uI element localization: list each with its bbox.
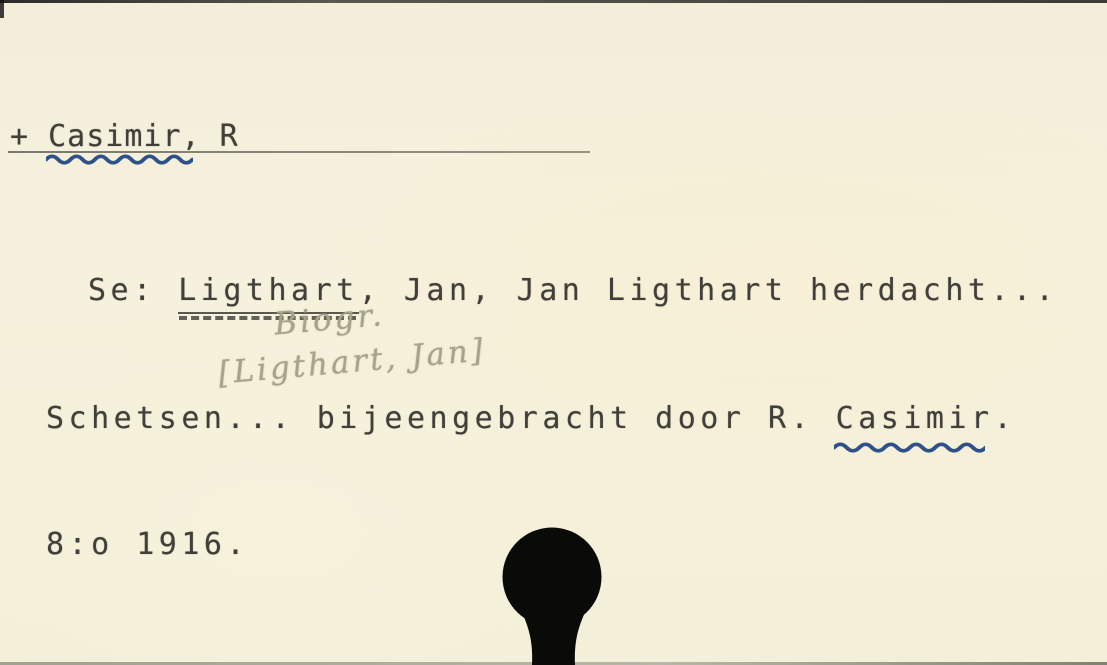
body-line-1: Se: Ligthart, Jan, Jan Ligthart herdacht… — [46, 270, 1058, 314]
catalog-card-scan: + Casimir, R Se: Ligthart, Jan, Jan Ligt… — [0, 0, 1107, 665]
body-line-2: Schetsen... bijeengebracht door R. Casim… — [46, 398, 1058, 440]
card-heading: + Casimir, R — [10, 119, 239, 154]
heading-rule — [8, 151, 590, 153]
keyhole-punch — [496, 524, 608, 665]
line2-wavy-name: Casimir — [836, 398, 994, 440]
heading-surname: Casimir, — [48, 119, 201, 154]
line1-pre: Se: — [88, 273, 178, 308]
heading-surname-text: Casimir, — [48, 119, 201, 154]
wavy-underline-mark — [46, 152, 192, 165]
wavy-underline-mark — [834, 440, 986, 453]
heading-rest: R — [201, 119, 239, 154]
line2-post: . — [994, 401, 1017, 436]
scan-edge-top — [0, 0, 1107, 3]
line2-pre: Schetsen... bijeengebracht door R. — [46, 401, 836, 436]
scan-corner-mark — [0, 0, 4, 18]
heading-prefix: + — [10, 119, 48, 154]
